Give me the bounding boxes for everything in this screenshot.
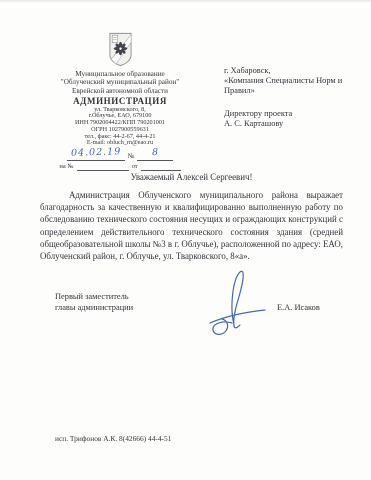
recipient-company-line-1: «Компания Специалисты Норм и [224, 76, 342, 86]
number-sign: № [128, 153, 135, 161]
executor-line: исп. Трифонов А.К. 8(42666) 44-4-51 [55, 434, 171, 443]
recipient-block: г. Хабаровск, «Компания Специалисты Норм… [224, 66, 342, 129]
handwritten-number: 8 [152, 148, 159, 158]
ref-ot-blank [141, 163, 181, 171]
addressee-name: А. С. Карташову [224, 119, 342, 129]
date-field: 04.02.19 [67, 142, 125, 161]
ref-na-blank [77, 163, 129, 171]
signer-title: Первый заместитель главы администрации [55, 292, 133, 313]
letter-paragraph: Администрация Облученского муниципальног… [40, 189, 343, 262]
recipient-gap [224, 95, 342, 109]
addressee-title: Директору проекта [224, 109, 342, 119]
reference-line: на № от [24, 163, 216, 171]
coat-of-arms-icon [107, 32, 134, 67]
ref-na-label: на № [59, 163, 73, 171]
letter-page: Муниципальное образование "Облученский м… [0, 0, 371, 480]
ref-ot-label: от [132, 163, 138, 171]
salutation: Уважаемый Алексей Сергеевич! [40, 172, 343, 182]
signer-title-line-2: главы администрации [55, 303, 133, 314]
number-field: 8 [137, 142, 173, 161]
signer-name: Е.А. Исаков [277, 303, 320, 312]
org-line-2: "Облученский муниципальный район" [24, 78, 216, 86]
letterhead: Муниципальное образование "Облученский м… [24, 32, 216, 171]
handwritten-signature-icon [204, 266, 270, 339]
org-line-3: Еврейской автономной области [24, 87, 216, 95]
org-line-1: Муниципальное образование [24, 70, 216, 78]
recipient-company-line-2: Правил» [224, 86, 342, 96]
signer-title-line-1: Первый заместитель [55, 292, 133, 303]
handwritten-date: 04.02.19 [70, 147, 121, 159]
recipient-city: г. Хабаровск, [224, 66, 342, 76]
outgoing-date-line: 04.02.19 № 8 [24, 150, 216, 161]
